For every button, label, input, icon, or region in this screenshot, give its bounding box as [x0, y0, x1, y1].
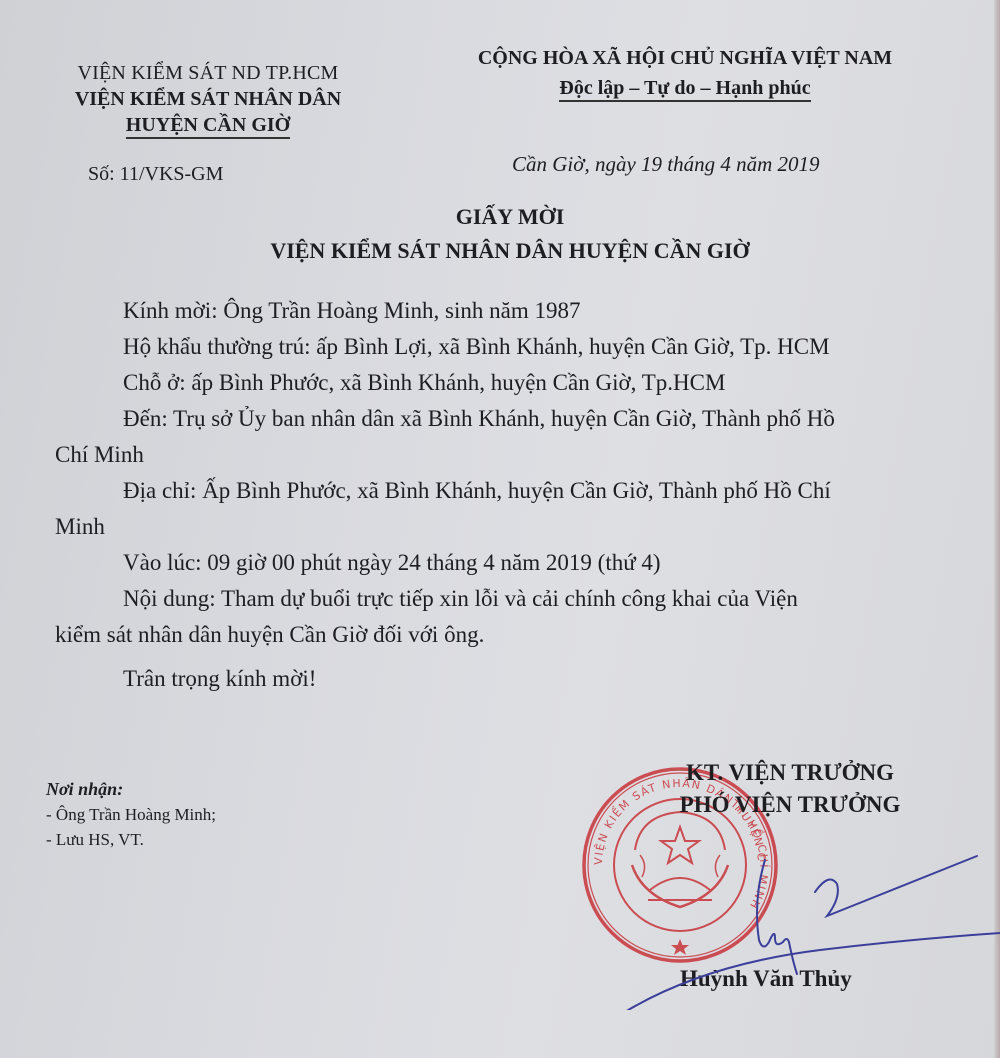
national-header: CỘNG HÒA XÃ HỘI CHỦ NGHĨA VIỆT NAM Độc l…	[420, 43, 950, 103]
document-title: GIẤY MỜI VIỆN KIỂM SÁT NHÂN DÂN HUYỆN CẦ…	[160, 200, 860, 268]
recipient-item: - Lưu HS, VT.	[46, 827, 216, 852]
destination-line-1: Đến: Trụ sở Ủy ban nhân dân xã Bình Khán…	[55, 401, 980, 437]
signature-title-line-1: KT. VIỆN TRƯỞNG	[630, 757, 950, 789]
closing-line: Trân trọng kính mời!	[55, 661, 980, 697]
invitee-line: Kính mời: Ông Trần Hoàng Minh, sinh năm …	[55, 293, 980, 329]
handwritten-signature	[600, 840, 1000, 1010]
nation-name: CỘNG HÒA XÃ HỘI CHỦ NGHĨA VIỆT NAM	[420, 43, 950, 73]
destination-line-2: Chí Minh	[55, 437, 980, 473]
agency-district: HUYỆN CẦN GIỜ	[126, 113, 290, 139]
recipient-item: - Ông Trần Hoàng Minh;	[46, 802, 216, 827]
meeting-time-line: Vào lúc: 09 giờ 00 phút ngày 24 tháng 4 …	[55, 545, 980, 581]
content-line-2: kiểm sát nhân dân huyện Cần Giờ đối với …	[55, 617, 980, 653]
title-line-2: VIỆN KIỂM SÁT NHÂN DÂN HUYỆN CẦN GIỜ	[160, 234, 860, 268]
current-residence-line: Chỗ ở: ấp Bình Phước, xã Bình Khánh, huy…	[55, 365, 980, 401]
title-line-1: GIẤY MỜI	[160, 200, 860, 234]
recipients-block: Nơi nhận: - Ông Trần Hoàng Minh; - Lưu H…	[46, 777, 216, 852]
national-motto: Độc lập – Tự do – Hạnh phúc	[559, 76, 810, 102]
issuing-agency-header: VIỆN KIỂM SÁT ND TP.HCM VIỆN KIỂM SÁT NH…	[38, 60, 378, 139]
parent-agency: VIỆN KIỂM SÁT ND TP.HCM	[38, 60, 378, 86]
permanent-residence-line: Hộ khẩu thường trú: ấp Bình Lợi, xã Bình…	[55, 329, 980, 365]
document-number: Số: 11/VKS-GM	[88, 163, 223, 186]
address-line-2: Minh	[55, 509, 980, 545]
letter-body: Kính mời: Ông Trần Hoàng Minh, sinh năm …	[55, 293, 980, 697]
signature-title-line-2: PHÓ VIỆN TRƯỞNG	[630, 789, 950, 821]
address-line-1: Địa chỉ: Ấp Bình Phước, xã Bình Khánh, h…	[55, 473, 980, 509]
content-line-1: Nội dung: Tham dự buổi trực tiếp xin lỗi…	[55, 581, 980, 617]
agency-name: VIỆN KIỂM SÁT NHÂN DÂN	[38, 86, 378, 112]
signature-title: KT. VIỆN TRƯỞNG PHÓ VIỆN TRƯỞNG	[630, 757, 950, 821]
recipients-heading: Nơi nhận:	[46, 777, 216, 802]
place-and-date: Cần Giờ, ngày 19 tháng 4 năm 2019	[512, 152, 820, 177]
